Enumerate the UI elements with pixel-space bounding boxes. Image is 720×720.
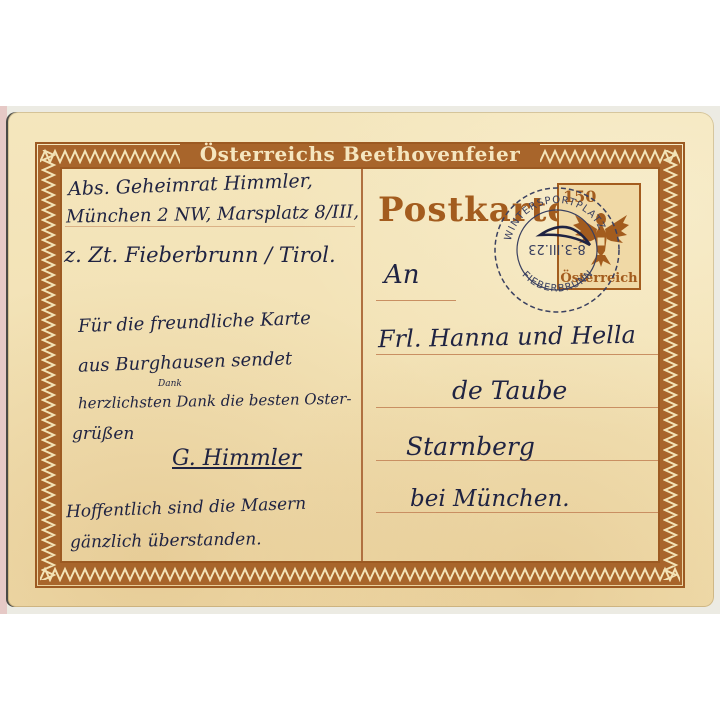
border-ornament-top-right xyxy=(540,148,680,164)
address-rule xyxy=(376,300,456,301)
border-ornament-left xyxy=(41,150,57,580)
signature: G. Himmler xyxy=(172,448,301,470)
border-ornament-right xyxy=(663,150,679,580)
scan-edge xyxy=(0,106,7,614)
message-line-7: gänzlich überstanden. xyxy=(70,531,262,551)
sender-line-3: z. Zt. Fieberbrunn / Tirol. xyxy=(64,245,336,266)
recipient-line-2: Frl. Hanna und Hella xyxy=(378,323,636,351)
address-rule xyxy=(376,354,658,355)
border-ornament-top-left xyxy=(40,148,180,164)
imprinted-stamp: 150 Österreich xyxy=(557,183,641,290)
recipient-line-3: de Taube xyxy=(452,378,567,403)
message-insertion: Dank xyxy=(158,380,182,389)
recipient-line-5: bei München. xyxy=(410,488,570,511)
frame-title: Österreichs Beethovenfeier xyxy=(180,142,540,166)
address-rule xyxy=(376,512,658,513)
center-divider xyxy=(361,169,363,561)
stamp-value: 150 xyxy=(563,187,596,206)
recipient-line-4: Starnberg xyxy=(406,434,535,459)
postkarte-heading: Postkarte xyxy=(378,190,570,230)
stamp-country: Österreich xyxy=(559,271,639,286)
sender-line-2: München 2 NW, Marsplatz 8/III, xyxy=(66,203,359,226)
border-ornament-bottom xyxy=(40,566,680,582)
address-rule xyxy=(376,407,658,408)
message-line-4: grüßen xyxy=(72,426,134,443)
recipient-line-1: An xyxy=(384,262,420,288)
eagle-icon xyxy=(573,205,629,272)
